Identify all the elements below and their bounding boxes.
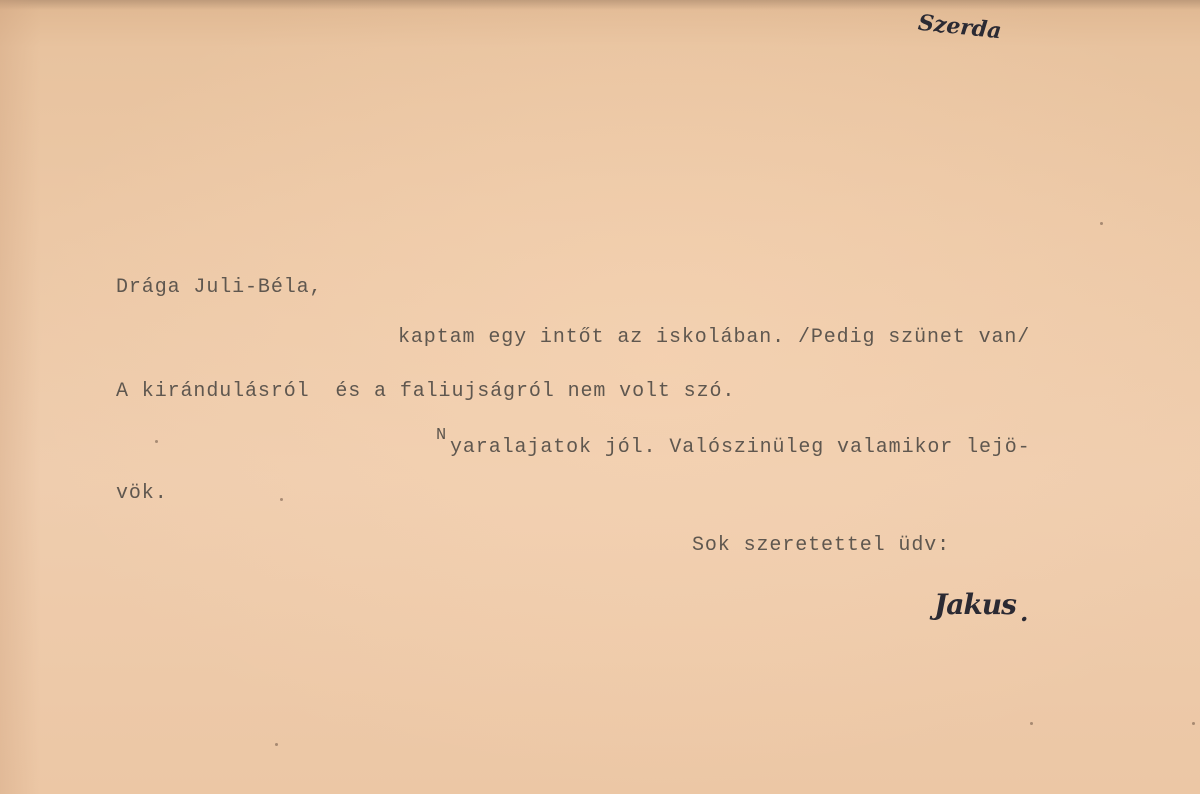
- handwritten-day-note: Szerda: [917, 10, 1003, 45]
- body-line-1: kaptam egy intőt az iskolában. /Pedig sz…: [398, 326, 1030, 350]
- superscript-n: N: [436, 424, 447, 448]
- salutation: Drága Juli-Béla,: [116, 276, 322, 300]
- handwritten-signature: Jakus: [934, 588, 1016, 621]
- body-line-2: A kirándulásról és a faliujságról nem vo…: [116, 380, 735, 404]
- top-fold-shadow: [0, 0, 1200, 10]
- left-edge-shade: [0, 0, 40, 794]
- signature-dot: .: [1020, 598, 1028, 627]
- paper-speck: [1100, 222, 1103, 225]
- body-line-4: vök.: [116, 482, 168, 506]
- paper-speck: [275, 743, 278, 746]
- closing-line: Sok szeretettel üdv:: [692, 534, 950, 558]
- letter-page: Szerda Drága Juli-Béla, kaptam egy intőt…: [0, 0, 1200, 794]
- paper-speck: [1030, 722, 1033, 725]
- paper-speck: [280, 498, 283, 501]
- paper-speck: [1192, 722, 1195, 725]
- body-line-3-text: yaralajatok jól. Valószinüleg valamikor …: [450, 436, 1031, 460]
- paper-speck: [155, 440, 158, 443]
